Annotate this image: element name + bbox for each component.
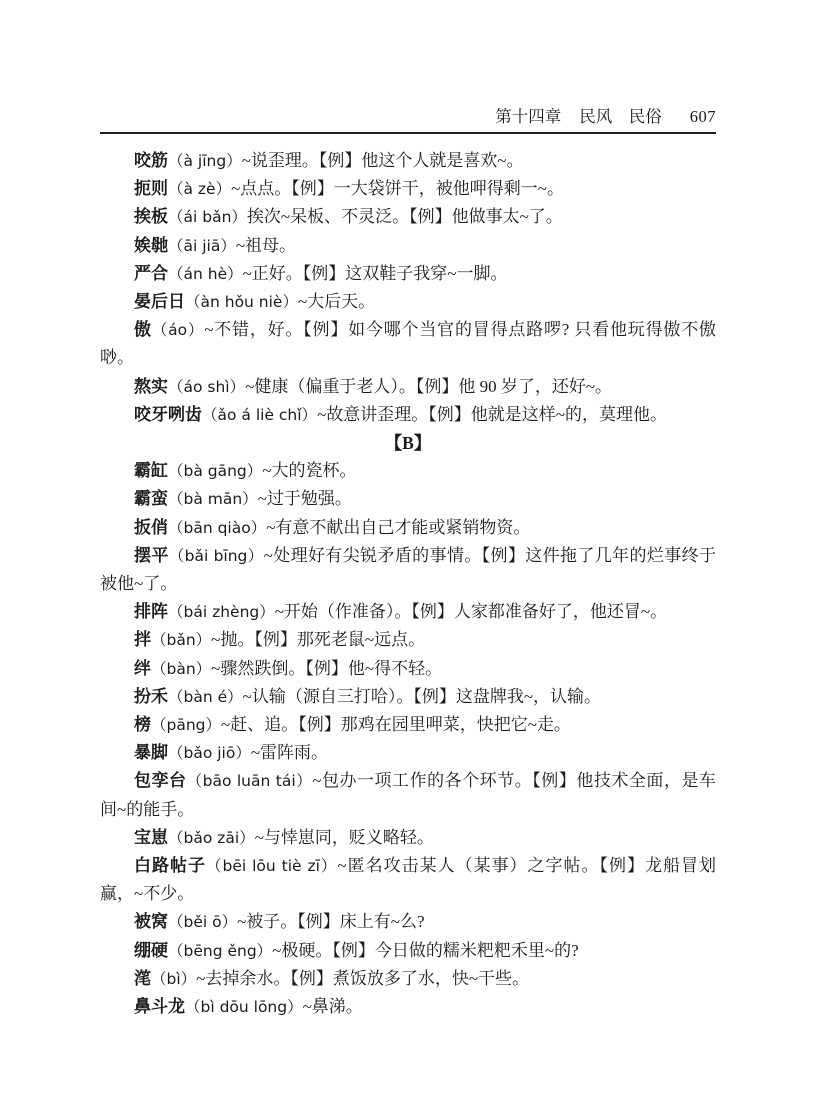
entries-section-b: 霸缸（bà gāng）~大的瓷杯。霸蛮（bà mān）~过于勉强。扳俏（bān …: [100, 457, 716, 1021]
entry-term: 咬筋: [134, 151, 168, 170]
dictionary-entry: 宝崽（bǎo zāi）~与悻崽同，贬义略轻。: [100, 824, 716, 852]
entry-pinyin: （bāo luān tái）: [187, 772, 313, 790]
entry-term: 排阵: [134, 602, 168, 621]
section-title: 民风 民俗: [579, 106, 662, 128]
entry-term: 扼则: [134, 179, 168, 198]
entries-section-a: 咬筋（à jīng）~说歪理。【例】他这个人就是喜欢~。扼则（à zè）~点点。…: [100, 147, 716, 429]
dictionary-entry: 榜（pāng）~赶、追。【例】那鸡在园里呷菜，快把它~走。: [100, 711, 716, 739]
entry-pinyin: （bà gāng）: [168, 462, 262, 480]
entry-pinyin: （à jīng）: [168, 152, 242, 170]
dictionary-entry: 咬牙咧齿（ǎo á liè chǐ）~故意讲歪理。【例】他就是这样~的，莫理他。: [100, 401, 716, 429]
entry-term: 滗: [134, 969, 151, 988]
entry-term: 被窝: [134, 912, 168, 931]
entry-term: 摆平: [134, 546, 169, 565]
entry-term: 绊: [134, 659, 151, 678]
entry-term: 傲: [134, 320, 152, 339]
entry-pinyin: （áo）: [152, 321, 204, 339]
entry-definition: ~骤然跌倒。【例】他~得不轻。: [211, 659, 442, 678]
entry-definition: ~与悻崽同，贬义略轻。: [255, 828, 434, 847]
entry-pinyin: （āi jiā）: [168, 237, 236, 255]
entry-pinyin: （běi ō）: [168, 913, 237, 931]
entry-definition: ~认输（源自三打哈）。【例】这盘牌我~，认输。: [243, 687, 601, 706]
chapter-title: 第十四章: [495, 106, 561, 128]
entry-definition: ~大后天。: [298, 292, 375, 311]
entry-term: 绷硬: [134, 941, 168, 960]
entry-definition: ~健康（偏重于老人）。【例】他 90 岁了，还好~。: [245, 377, 612, 396]
entry-definition: ~过于勉强。: [258, 489, 352, 508]
entry-term: 严合: [134, 264, 168, 283]
entry-term: 鼻斗龙: [134, 997, 185, 1016]
entry-definition: ~大的瓷杯。: [262, 461, 356, 480]
dictionary-entry: 霸缸（bà gāng）~大的瓷杯。: [100, 457, 716, 485]
entry-definition: 挨次~呆板、不灵泛。【例】他做事太~了。: [247, 207, 563, 226]
entry-term: 扮禾: [134, 687, 168, 706]
entry-term: 挨板: [134, 207, 168, 226]
page-header: 第十四章 民风 民俗 607: [100, 106, 716, 132]
entry-pinyin: （án hè）: [168, 265, 243, 283]
page-content: 第十四章 民风 民俗 607 咬筋（à jīng）~说歪理。【例】他这个人就是喜…: [100, 106, 716, 1021]
entry-definition: ~开始（作准备）。【例】人家都准备好了，他还冒~。: [275, 602, 667, 621]
entry-term: 咬牙咧齿: [134, 405, 202, 424]
entry-term: 扳俏: [134, 518, 168, 537]
entry-term: 白路帖子: [134, 856, 206, 875]
entry-definition: ~去掉余水。【例】煮饭放多了水，快~干些。: [196, 969, 529, 988]
entry-term: 熬实: [134, 377, 168, 396]
entry-term: 霸缸: [134, 461, 168, 480]
entry-pinyin: （ái bǎn）: [168, 208, 247, 226]
dictionary-entry: 摆平（bǎi bīng）~处理好有尖锐矛盾的事情。【例】这件拖了几年的烂事终于被…: [100, 542, 716, 598]
entry-definition: ~鼻涕。: [303, 997, 363, 1016]
entry-definition: ~点点。【例】一大袋饼干，被他呷得剩一~。: [231, 179, 564, 198]
header-rule: [100, 132, 716, 134]
entry-definition: ~赶、追。【例】那鸡在园里呷菜，快把它~走。: [221, 715, 571, 734]
dictionary-entry: 咬筋（à jīng）~说歪理。【例】他这个人就是喜欢~。: [100, 147, 716, 175]
entry-term: 宝崽: [134, 828, 168, 847]
dictionary-entry: 扮禾（bàn é）~认输（源自三打哈）。【例】这盘牌我~，认输。: [100, 683, 716, 711]
entry-pinyin: （bà mān）: [168, 490, 258, 508]
book-page: 第十四章 民风 民俗 607 咬筋（à jīng）~说歪理。【例】他这个人就是喜…: [0, 0, 816, 1099]
dictionary-entry: 扼则（à zè）~点点。【例】一大袋饼干，被他呷得剩一~。: [100, 175, 716, 203]
dictionary-entry: 晏后日（àn hǒu niè）~大后天。: [100, 288, 716, 316]
entry-pinyin: （áo shì）: [168, 378, 245, 396]
dictionary-entry: 绊（bàn）~骤然跌倒。【例】他~得不轻。: [100, 655, 716, 683]
entry-definition: ~雷阵雨。: [251, 743, 328, 762]
entry-definition: ~有意不献出自己才能或紧销物资。: [266, 518, 530, 537]
dictionary-entry: 霸蛮（bà mān）~过于勉强。: [100, 485, 716, 513]
entry-pinyin: （pāng）: [151, 716, 221, 734]
entry-term: 榜: [134, 715, 151, 734]
entry-pinyin: （bǎi bīng）: [169, 547, 264, 565]
dictionary-entry: 排阵（bái zhèng）~开始（作准备）。【例】人家都准备好了，他还冒~。: [100, 598, 716, 626]
entry-pinyin: （bàn é）: [168, 688, 243, 706]
entry-definition: ~抛。【例】那死老鼠~远点。: [211, 630, 425, 649]
page-number: 607: [690, 106, 716, 128]
dictionary-entry: 滗（bì）~去掉余水。【例】煮饭放多了水，快~干些。: [100, 965, 716, 993]
dictionary-entry: 鼻斗龙（bì dōu lōng）~鼻涕。: [100, 993, 716, 1021]
entry-pinyin: （ǎo á liè chǐ）: [202, 406, 317, 424]
entry-pinyin: （bēi lōu tiè zī）: [206, 857, 337, 875]
entry-definition: ~祖母。: [236, 236, 296, 255]
entry-term: 晏后日: [134, 292, 185, 311]
entry-definition: ~正好。【例】这双鞋子我穿~一脚。: [243, 264, 508, 283]
dictionary-entry: 被窝（běi ō）~被子。【例】床上有~么?: [100, 908, 716, 936]
entry-pinyin: （bēng ěng）: [168, 942, 272, 960]
entry-definition: ~被子。【例】床上有~么?: [237, 912, 424, 931]
entry-definition: ~故意讲歪理。【例】他就是这样~的，莫理他。: [317, 405, 667, 424]
letter-section-heading-b: 【B】: [100, 429, 716, 457]
entry-pinyin: （bǎo zāi）: [168, 829, 255, 847]
entry-term: 拌: [134, 630, 151, 649]
entry-pinyin: （bān qiào）: [168, 519, 266, 537]
entry-pinyin: （à zè）: [168, 180, 231, 198]
dictionary-entry: 傲（áo）~不错，好。【例】如今哪个当官的冒得点路啰? 只看他玩得傲不傲唦。: [100, 316, 716, 372]
dictionary-entry: 娭毑（āi jiā）~祖母。: [100, 232, 716, 260]
entry-term: 暴脚: [134, 743, 168, 762]
entry-pinyin: （bì）: [151, 970, 196, 988]
entry-definition: ~说歪理。【例】他这个人就是喜欢~。: [242, 151, 524, 170]
entry-pinyin: （bái zhèng）: [168, 603, 275, 621]
dictionary-entry: 熬实（áo shì）~健康（偏重于老人）。【例】他 90 岁了，还好~。: [100, 373, 716, 401]
entry-pinyin: （bì dōu lōng）: [185, 998, 303, 1016]
entry-pinyin: （bǎn）: [151, 631, 211, 649]
entry-term: 包孪台: [134, 771, 187, 790]
dictionary-entry: 包孪台（bāo luān tái）~包办一项工作的各个环节。【例】他技术全面，是…: [100, 767, 716, 823]
entry-definition: ~极硬。【例】今日做的糯米粑粑禾里~的?: [272, 941, 578, 960]
dictionary-entry: 暴脚（bǎo jiō）~雷阵雨。: [100, 739, 716, 767]
entry-pinyin: （bàn）: [151, 660, 211, 678]
dictionary-entry: 白路帖子（bēi lōu tiè zī）~匿名攻击某人（某事）之字帖。【例】龙船…: [100, 852, 716, 908]
entry-term: 娭毑: [134, 236, 168, 255]
dictionary-entry: 挨板（ái bǎn）挨次~呆板、不灵泛。【例】他做事太~了。: [100, 203, 716, 231]
dictionary-entry: 绷硬（bēng ěng）~极硬。【例】今日做的糯米粑粑禾里~的?: [100, 937, 716, 965]
dictionary-entry: 扳俏（bān qiào）~有意不献出自己才能或紧销物资。: [100, 514, 716, 542]
entry-term: 霸蛮: [134, 489, 168, 508]
entry-pinyin: （àn hǒu niè）: [185, 293, 298, 311]
entry-pinyin: （bǎo jiō）: [168, 744, 251, 762]
dictionary-entry: 拌（bǎn）~抛。【例】那死老鼠~远点。: [100, 626, 716, 654]
dictionary-entry: 严合（án hè）~正好。【例】这双鞋子我穿~一脚。: [100, 260, 716, 288]
